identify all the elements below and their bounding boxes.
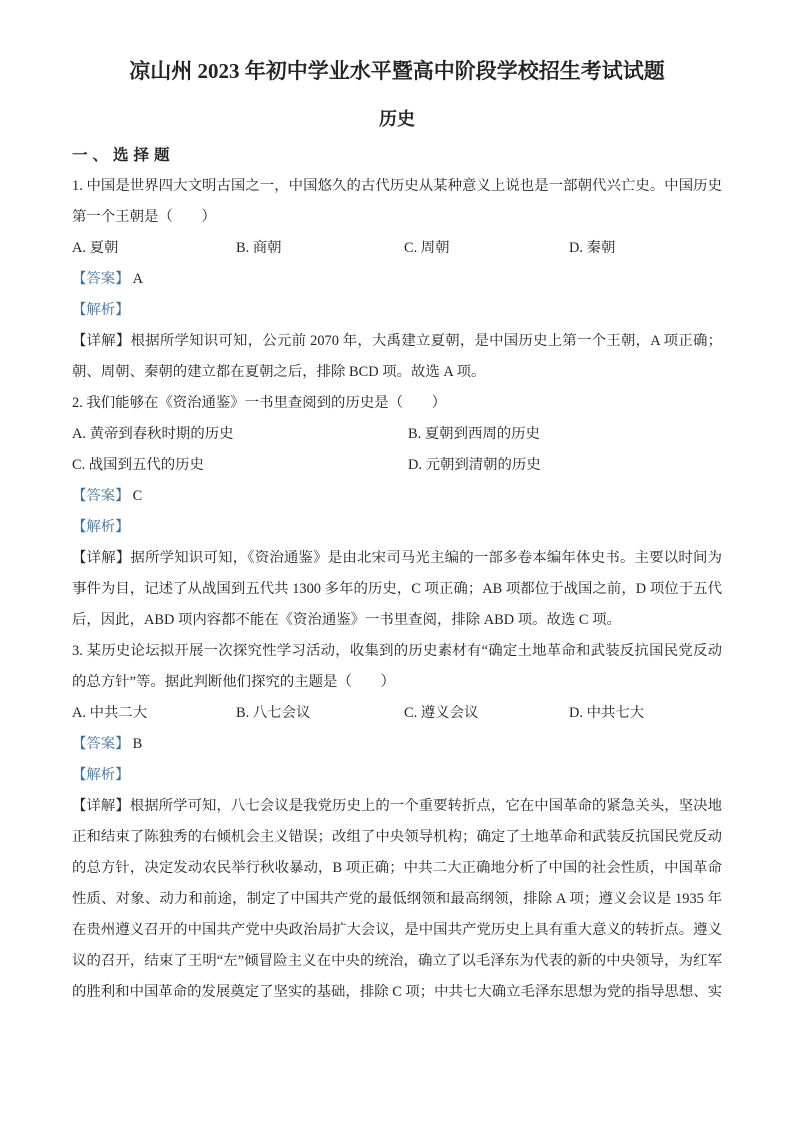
answer-label: 【答案】 (72, 488, 130, 504)
question-2-detail-line: 【详解】据所学知识可知，《资治通鉴》是由北宋司马光主编的一部多卷本编年体史书。主… (72, 543, 722, 574)
question-3-detail-line: 正和结束了陈独秀的右倾机会主义错误；改组了中央领导机构；确定了土地革命和武装反抗… (72, 822, 722, 853)
question-2: 2. 我们能够在《资治通鉴》一书里查阅到的历史是（ ） A. 黄帝到春秋时期的历… (72, 388, 722, 636)
analysis-label: 【解析】 (72, 302, 130, 318)
answer-value: C (133, 488, 143, 504)
option-d: D. 秦朝 (569, 233, 615, 264)
analysis-label: 【解析】 (72, 519, 130, 535)
question-2-answer-line: 【答案】C (72, 481, 722, 512)
question-1-stem-line: 第一个王朝是（ ） (72, 202, 722, 233)
section-heading: 一、选择题 (72, 140, 722, 171)
option-c: C. 遵义会议 (404, 698, 569, 729)
question-1-answer-line: 【答案】A (72, 264, 722, 295)
question-2-analysis-line: 【解析】 (72, 512, 722, 543)
option-a: A. 黄帝到春秋时期的历史 (72, 419, 408, 450)
option-b: B. 八七会议 (236, 698, 404, 729)
question-3: 3. 某历史论坛拟开展一次探究性学习活动，收集到的历史素材有“确定土地革命和武装… (72, 636, 722, 1008)
option-b: B. 夏朝到西周的历史 (408, 426, 540, 442)
question-2-detail-line: 事件为目，记述了从战国到五代共 1300 多年的历史，C 项正确；AB 项都位于… (72, 574, 722, 605)
question-2-stem-line: 2. 我们能够在《资治通鉴》一书里查阅到的历史是（ ） (72, 388, 722, 419)
question-3-detail-line: 性质、对象、动力和前途，制定了中国共产党的最低纲领和最高纲领，排除 A 项；遵义… (72, 884, 722, 915)
question-1: 1. 中国是世界四大文明古国之一，中国悠久的古代历史从某种意义上说也是一部朝代兴… (72, 171, 722, 388)
option-a: A. 中共二大 (72, 698, 236, 729)
question-3-options-row: A. 中共二大B. 八七会议C. 遵义会议D. 中共七大 (72, 698, 722, 729)
option-c: C. 战国到五代的历史 (72, 450, 408, 481)
question-1-detail-line: 【详解】根据所学知识可知，公元前 2070 年，大禹建立夏朝，是中国历史上第一个… (72, 326, 722, 357)
option-b: B. 商朝 (236, 233, 404, 264)
exam-document-page: 凉山州 2023 年初中学业水平暨高中阶段学校招生考试试题 历史 一、选择题 1… (0, 0, 793, 1122)
question-3-detail-line: 议的召开，结束了王明“左”倾冒险主义在中央的统治，确立了以毛泽东为代表的新的中央… (72, 946, 722, 977)
question-3-detail-line: 在贵州遵义召开的中国共产党中央政治局扩大会议，是中国共产党历史上具有重大意义的转… (72, 915, 722, 946)
page-title: 凉山州 2023 年初中学业水平暨高中阶段学校招生考试试题 (72, 56, 722, 86)
answer-label: 【答案】 (72, 736, 130, 752)
option-d: D. 元朝到清朝的历史 (408, 457, 541, 473)
question-3-stem-line: 的总方针”等。据此判断他们探究的主题是（ ） (72, 667, 722, 698)
question-1-analysis-line: 【解析】 (72, 295, 722, 326)
document-content: 凉山州 2023 年初中学业水平暨高中阶段学校招生考试试题 历史 一、选择题 1… (72, 0, 722, 1008)
question-1-detail-line: 朝、周朝、秦朝的建立都在夏朝之后，排除 BCD 项。故选 A 项。 (72, 357, 722, 388)
answer-value: B (133, 736, 143, 752)
option-d: D. 中共七大 (569, 698, 644, 729)
option-c: C. 周朝 (404, 233, 569, 264)
answer-value: A (133, 271, 143, 287)
question-3-detail-line: 的胜利和中国革命的发展奠定了坚实的基础，排除 C 项；中共七大确立毛泽东思想为党… (72, 977, 722, 1008)
question-2-detail-line: 后，因此，ABD 项内容都不能在《资治通鉴》一书里查阅，排除 ABD 项。故选 … (72, 605, 722, 636)
question-3-stem-line: 3. 某历史论坛拟开展一次探究性学习活动，收集到的历史素材有“确定土地革命和武装… (72, 636, 722, 667)
answer-label: 【答案】 (72, 271, 130, 287)
question-3-detail-line: 的总方针，决定发动农民举行秋收暴动，B 项正确；中共二大正确地分析了中国的社会性… (72, 853, 722, 884)
question-2-options-row: C. 战国到五代的历史D. 元朝到清朝的历史 (72, 450, 722, 481)
question-1-stem-line: 1. 中国是世界四大文明古国之一，中国悠久的古代历史从某种意义上说也是一部朝代兴… (72, 171, 722, 202)
analysis-label: 【解析】 (72, 767, 130, 783)
question-1-options-row: A. 夏朝B. 商朝C. 周朝D. 秦朝 (72, 233, 722, 264)
question-3-answer-line: 【答案】B (72, 729, 722, 760)
question-3-detail-line: 【详解】根据所学可知，八七会议是我党历史上的一个重要转折点，它在中国革命的紧急关… (72, 791, 722, 822)
option-a: A. 夏朝 (72, 233, 236, 264)
question-2-options-row: A. 黄帝到春秋时期的历史B. 夏朝到西周的历史 (72, 419, 722, 450)
exam-subject: 历史 (72, 104, 722, 134)
question-3-analysis-line: 【解析】 (72, 760, 722, 791)
